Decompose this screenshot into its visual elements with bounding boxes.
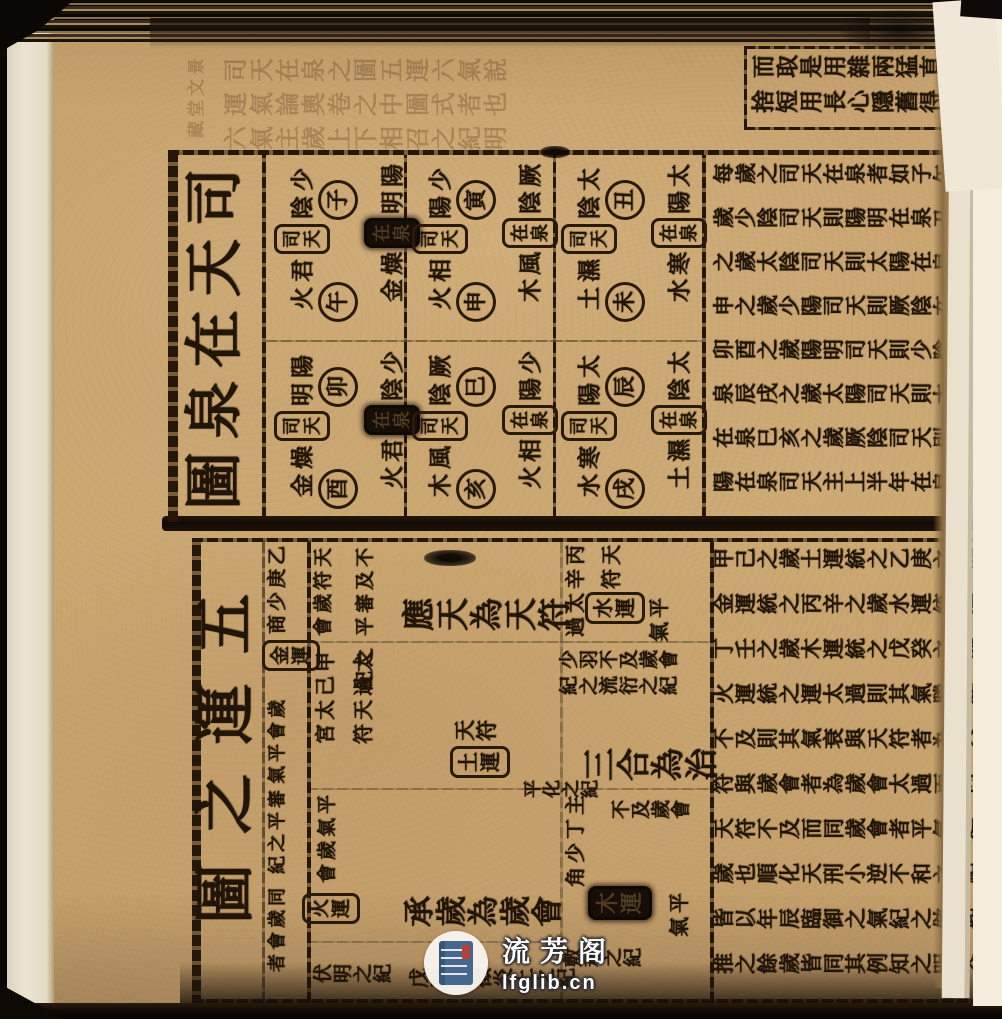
glyph: 陽 bbox=[519, 378, 542, 401]
glyph: 運 bbox=[407, 58, 431, 82]
glyph: 論 bbox=[277, 92, 301, 116]
glyph: 火 bbox=[381, 466, 404, 489]
branch-circle: 酉 bbox=[318, 469, 358, 509]
glyph: 司 bbox=[802, 251, 823, 272]
glyph: 辛 bbox=[566, 569, 586, 589]
glyph: 天 bbox=[506, 598, 539, 631]
glyph: 天 bbox=[802, 863, 823, 884]
glyph: 君 bbox=[291, 259, 314, 282]
glyph: 天 bbox=[802, 163, 823, 184]
zai-quan-box: 在泉 bbox=[502, 218, 558, 248]
watermark[interactable]: 流芳阁 lfglib.cn bbox=[424, 930, 616, 995]
glyph: 司 bbox=[846, 339, 867, 360]
glyph: 符 bbox=[602, 569, 622, 589]
cell-pingqi-3: 平氣 bbox=[670, 893, 690, 937]
glyph: 不 bbox=[600, 650, 619, 669]
glyph: 會 bbox=[868, 773, 889, 794]
glyph: 寅 bbox=[465, 189, 487, 211]
glyph: 歲 bbox=[736, 163, 757, 184]
glyph: 五 bbox=[196, 594, 256, 654]
glyph: 水 bbox=[578, 474, 601, 497]
glyph: 在 bbox=[736, 471, 757, 492]
glyph: 心 bbox=[848, 90, 871, 113]
glyph: 則 bbox=[890, 339, 911, 360]
glyph: 歲 bbox=[802, 383, 823, 404]
glyph: 會 bbox=[318, 864, 337, 883]
glyph: 金 bbox=[381, 279, 404, 302]
branch-circle: 寅 bbox=[456, 180, 496, 220]
glyph: 歲 bbox=[268, 910, 286, 928]
glyph: 子 bbox=[327, 189, 349, 211]
glyph: 天 bbox=[438, 598, 471, 631]
glyph: 在 bbox=[511, 224, 529, 242]
glyph: 兩 bbox=[872, 55, 895, 78]
glyph: 之 bbox=[196, 774, 256, 834]
glyph: 水 bbox=[668, 279, 691, 302]
glyph: 在 bbox=[277, 58, 301, 82]
glyph: 厥 bbox=[429, 355, 452, 378]
glyph: 紀 bbox=[560, 676, 579, 695]
glyph: 過 bbox=[566, 617, 586, 637]
glyph: 太 bbox=[758, 251, 779, 272]
glyph: 圖 bbox=[407, 92, 431, 116]
glyph: 火 bbox=[291, 287, 314, 310]
glyph: 金 bbox=[271, 646, 290, 665]
glyph: 符 bbox=[736, 818, 757, 839]
glyph: 太 bbox=[566, 593, 586, 613]
grid-line bbox=[307, 788, 710, 790]
glyph: 歲 bbox=[824, 427, 845, 448]
glyph: 相 bbox=[429, 259, 452, 282]
glyph: 司 bbox=[421, 417, 439, 435]
left-black-edge bbox=[0, 0, 7, 1019]
glyph: 丙 bbox=[802, 593, 823, 614]
glyph: 也 bbox=[485, 92, 509, 116]
glyph: 歲 bbox=[714, 863, 735, 884]
grid-line bbox=[307, 540, 311, 1003]
glyph: 不 bbox=[890, 863, 911, 884]
glyph: 燥 bbox=[291, 446, 314, 469]
glyph: 在 bbox=[373, 411, 391, 429]
glyph: 陽 bbox=[714, 471, 735, 492]
glyph: 合 bbox=[619, 748, 652, 781]
glyph: 天 bbox=[868, 728, 889, 749]
branch-circles: 辰戌 bbox=[605, 367, 645, 509]
glyph: 相 bbox=[381, 126, 405, 150]
glyph: 之 bbox=[329, 58, 353, 82]
glyph: 每 bbox=[714, 163, 735, 184]
glyph: 相 bbox=[519, 439, 542, 462]
glyph: 氣 bbox=[670, 917, 690, 937]
cell-liuyan: 紀之流衍之紀 bbox=[560, 676, 679, 695]
glyph: 明 bbox=[824, 339, 845, 360]
glyph: 氣 bbox=[268, 766, 286, 784]
glyph: 堂 bbox=[188, 100, 205, 117]
glyph: 丁 bbox=[714, 638, 735, 659]
glyph: 未 bbox=[614, 291, 636, 313]
glyph: 少 bbox=[429, 168, 452, 191]
glyph: 陽 bbox=[381, 164, 404, 187]
glyph: 司 bbox=[283, 417, 301, 435]
cell-shaoyu: 少羽不及歲會 bbox=[560, 650, 679, 669]
mu-yun-box: 木運 bbox=[588, 886, 652, 920]
jin-yun-box: 金運 bbox=[262, 640, 320, 671]
glyph: 御 bbox=[824, 908, 845, 929]
glyph: 審 bbox=[356, 594, 375, 613]
side-text-4: 同歲會者 bbox=[268, 888, 286, 972]
zai-quan-box: 在泉 bbox=[651, 405, 707, 435]
glyph: 泉 bbox=[846, 163, 867, 184]
glyph: 庚 bbox=[268, 569, 287, 588]
bleed-through-column: 景文堂藏 bbox=[188, 58, 205, 138]
glyph: 天 bbox=[802, 207, 823, 228]
glyph: 少 bbox=[291, 168, 314, 191]
glyph: 明 bbox=[485, 126, 509, 150]
aphorism-2: 承歲為歲會 bbox=[404, 896, 563, 927]
cell-buji-2: 不及歲會 bbox=[612, 800, 691, 819]
glyph: 之 bbox=[758, 163, 779, 184]
branch-circles: 卯酉 bbox=[318, 367, 358, 509]
glyph: 陰 bbox=[912, 295, 933, 316]
glyph: 平 bbox=[318, 795, 337, 814]
glyph: 在 bbox=[824, 163, 845, 184]
glyph: 及 bbox=[780, 818, 801, 839]
glyph: 少 bbox=[780, 295, 801, 316]
glyph: 之 bbox=[868, 638, 889, 659]
glyph: 少 bbox=[912, 339, 933, 360]
glyph: 少 bbox=[736, 207, 757, 228]
glyph: 之 bbox=[714, 251, 735, 272]
glyph: 中 bbox=[381, 92, 405, 116]
glyph: 不 bbox=[714, 728, 735, 749]
glyph: 之 bbox=[355, 92, 379, 116]
glyph: 者 bbox=[802, 773, 823, 794]
glyph: 戊 bbox=[890, 638, 911, 659]
glyph: 為 bbox=[653, 748, 686, 781]
glyph: 紀 bbox=[660, 676, 679, 695]
bleed-through-row: 運氣論奧卷之中圖式者也 bbox=[225, 92, 509, 116]
glyph: 少 bbox=[560, 650, 579, 669]
shui-yun-box: 水運 bbox=[585, 592, 645, 624]
glyph: 丁 bbox=[566, 819, 586, 839]
branch-circles: 巳亥 bbox=[456, 367, 496, 509]
glyph: 在 bbox=[660, 411, 678, 429]
glyph: 司 bbox=[570, 230, 588, 248]
ink-blob bbox=[424, 550, 476, 566]
glyph: 三 bbox=[585, 748, 618, 781]
glyph: 歲 bbox=[846, 773, 867, 794]
glyph: 之 bbox=[580, 676, 599, 695]
glyph: 之 bbox=[640, 676, 659, 695]
glyph: 運 bbox=[802, 683, 823, 704]
glyph: 主 bbox=[824, 471, 845, 492]
glyph: 泉 bbox=[912, 207, 933, 228]
left-page-edge bbox=[4, 6, 54, 1016]
glyph: 庚 bbox=[912, 548, 933, 569]
glyph: 泉 bbox=[531, 411, 549, 429]
side-text-3: 審平之紀 bbox=[268, 790, 286, 874]
glyph: 用 bbox=[800, 90, 823, 113]
glyph: 氣 bbox=[650, 622, 670, 642]
branch-circle: 巳 bbox=[456, 367, 496, 407]
glyph: 藏 bbox=[188, 121, 205, 138]
top-shadow-band bbox=[150, 18, 870, 48]
glyph: 氣 bbox=[251, 92, 275, 116]
cell-jiaji: 甲己太宮 bbox=[316, 652, 336, 744]
glyph: 也 bbox=[736, 863, 757, 884]
glyph: 承 bbox=[404, 896, 435, 927]
glyph: 不 bbox=[356, 548, 375, 567]
glyph: 司 bbox=[780, 471, 801, 492]
glyph: 平 bbox=[650, 598, 670, 618]
glyph: 猛 bbox=[896, 55, 919, 78]
glyph: 陽 bbox=[802, 295, 823, 316]
cell-bujis: 不及審平 bbox=[356, 548, 375, 636]
glyph: 運 bbox=[736, 683, 757, 704]
glyph: 主 bbox=[277, 126, 301, 150]
glyph: 平 bbox=[268, 744, 286, 762]
glyph: 歲 bbox=[640, 650, 659, 669]
tu-yun-box: 土運 bbox=[450, 746, 510, 778]
glyph: 天 bbox=[802, 471, 823, 492]
glyph: 長 bbox=[824, 90, 847, 113]
glyph: 衰 bbox=[824, 728, 845, 749]
glyph: 而 bbox=[802, 818, 823, 839]
glyph: 及 bbox=[736, 728, 757, 749]
cell-tianfu: 天符歲會 bbox=[314, 548, 333, 636]
glyph: 司 bbox=[186, 168, 244, 226]
glyph: 天 bbox=[868, 339, 889, 360]
glyph: 平 bbox=[356, 617, 375, 636]
glyph: 泉 bbox=[714, 383, 735, 404]
glyph: 及 bbox=[356, 571, 375, 590]
glyph: 司 bbox=[824, 295, 845, 316]
glyph: 天 bbox=[354, 700, 374, 720]
glyph: 之 bbox=[433, 126, 457, 150]
glyph: 亥 bbox=[780, 427, 801, 448]
glyph: 會 bbox=[532, 896, 563, 927]
glyph: 厥 bbox=[846, 427, 867, 448]
glyph: 戌 bbox=[614, 478, 636, 500]
glyph: 寒 bbox=[668, 252, 691, 275]
glyph: 天 bbox=[824, 251, 845, 272]
glyph: 化 bbox=[780, 863, 801, 884]
glyph: 紀 bbox=[890, 908, 911, 929]
glyph: 短 bbox=[776, 90, 799, 113]
zai-quan-box: 在泉 bbox=[502, 405, 558, 435]
grid-line bbox=[262, 540, 265, 1003]
glyph: 文 bbox=[188, 79, 205, 96]
glyph: 午 bbox=[327, 291, 349, 313]
glyph: 少 bbox=[519, 351, 542, 374]
side-text-1: 乙庚少商 bbox=[268, 546, 287, 634]
glyph: 則 bbox=[868, 295, 889, 316]
glyph: 則 bbox=[912, 383, 933, 404]
glyph: 癸 bbox=[912, 638, 933, 659]
glyph: 說 bbox=[485, 58, 509, 82]
glyph: 之 bbox=[758, 548, 779, 569]
glyph: 會 bbox=[268, 722, 286, 740]
glyph: 司 bbox=[570, 417, 588, 435]
glyph: 歲 bbox=[780, 638, 801, 659]
glyph: 天 bbox=[251, 58, 275, 82]
glyph: 在 bbox=[511, 411, 529, 429]
glyph: 歲 bbox=[314, 594, 333, 613]
glyph: 符 bbox=[477, 720, 498, 741]
ink-blob bbox=[540, 146, 570, 158]
glyph: 同 bbox=[268, 888, 286, 906]
book-label-tag bbox=[462, 945, 470, 959]
glyph: 歲 bbox=[268, 700, 286, 718]
glyph: 及 bbox=[620, 650, 639, 669]
glyph: 捨 bbox=[752, 90, 775, 113]
glyph: 在 bbox=[890, 207, 911, 228]
glyph: 少 bbox=[566, 843, 586, 863]
page1-title: 司天在泉圖 bbox=[186, 168, 244, 510]
glyph: 和 bbox=[912, 863, 933, 884]
glyph: 歲 bbox=[780, 548, 801, 569]
glyph: 運 bbox=[824, 548, 845, 569]
glyph: 司 bbox=[868, 383, 889, 404]
glyph: 在 bbox=[186, 310, 244, 368]
glyph: 平 bbox=[670, 893, 690, 913]
glyph: 土 bbox=[802, 548, 823, 569]
glyph: 司 bbox=[421, 230, 439, 248]
glyph: 歲 bbox=[758, 295, 779, 316]
glyph: 取 bbox=[776, 55, 799, 78]
glyph: 歲 bbox=[736, 251, 757, 272]
glyph: 木 bbox=[519, 279, 542, 302]
glyph: 卯 bbox=[327, 376, 349, 398]
glyph: 太 bbox=[668, 351, 691, 374]
glyph: 之 bbox=[268, 834, 286, 852]
glyph: 氣 bbox=[912, 683, 933, 704]
glyph: 氣 bbox=[459, 58, 483, 82]
glyph: 天 bbox=[314, 548, 333, 567]
glyph: 六 bbox=[225, 126, 249, 150]
branch-circles: 子午 bbox=[318, 180, 358, 322]
glyph: 陰 bbox=[291, 196, 314, 219]
glyph: 天 bbox=[890, 383, 911, 404]
glyph: 奧 bbox=[303, 92, 327, 116]
glyph: 以 bbox=[736, 908, 757, 929]
glyph: 泉 bbox=[393, 411, 411, 429]
cell-tianfu-3: 天符 bbox=[455, 720, 498, 741]
glyph: 歲 bbox=[436, 896, 467, 927]
glyph: 申 bbox=[714, 295, 735, 316]
top-right-dark-notch bbox=[960, 0, 1002, 20]
glyph: 則 bbox=[868, 683, 889, 704]
glyph: 明 bbox=[868, 207, 889, 228]
branch-circles: 丑未 bbox=[605, 180, 645, 322]
tu-yun-box: 土運 bbox=[450, 746, 510, 778]
cell-pingqi-4: 平氣歲會 bbox=[318, 795, 337, 883]
glyph: 火 bbox=[311, 899, 330, 918]
glyph: 流 bbox=[600, 676, 619, 695]
glyph: 圖 bbox=[355, 58, 379, 82]
glyph: 年 bbox=[890, 471, 911, 492]
glyph: 紀 bbox=[459, 126, 483, 150]
glyph: 木 bbox=[429, 474, 452, 497]
mu-yun-box: 木運 bbox=[588, 886, 652, 920]
glyph: 寒 bbox=[578, 446, 601, 469]
glyph: 天 bbox=[602, 545, 622, 565]
glyph: 主 bbox=[566, 795, 586, 815]
glyph: 陰 bbox=[758, 207, 779, 228]
glyph: 為 bbox=[824, 773, 845, 794]
glyph: 巳 bbox=[465, 376, 487, 398]
glyph: 之 bbox=[868, 548, 889, 569]
glyph: 如 bbox=[890, 163, 911, 184]
glyph: 辰 bbox=[780, 908, 801, 929]
glyph: 在 bbox=[373, 224, 391, 242]
glyph: 平 bbox=[524, 780, 542, 798]
branch-circles: 寅申 bbox=[456, 180, 496, 322]
glyph: 甲 bbox=[316, 652, 336, 672]
glyph: 水 bbox=[890, 593, 911, 614]
glyph: 平 bbox=[912, 818, 933, 839]
glyph: 陰 bbox=[381, 378, 404, 401]
glyph: 泉 bbox=[303, 58, 327, 82]
glyph: 則 bbox=[758, 728, 779, 749]
glyph: 景 bbox=[188, 58, 205, 75]
glyph: 卷 bbox=[329, 92, 353, 116]
glyph: 運 bbox=[824, 638, 845, 659]
side-text-2: 歲會平氣 bbox=[268, 700, 286, 784]
zai-quan-box: 在泉 bbox=[651, 218, 707, 248]
glyph: 衍 bbox=[620, 676, 639, 695]
glyph: 土 bbox=[668, 466, 691, 489]
glyph: 及 bbox=[632, 800, 651, 819]
glyph: 商 bbox=[268, 615, 287, 634]
grid-line bbox=[744, 46, 747, 130]
branch-circle: 戌 bbox=[605, 469, 645, 509]
glyph: 統 bbox=[846, 548, 867, 569]
glyph: 太 bbox=[824, 383, 845, 404]
cell-tianfu-2: 天符 bbox=[602, 545, 622, 589]
glyph: 金 bbox=[291, 474, 314, 497]
glyph: 上 bbox=[846, 471, 867, 492]
glyph: 在 bbox=[912, 471, 933, 492]
branch-circle: 丑 bbox=[605, 180, 645, 220]
grid-line bbox=[168, 150, 1002, 155]
glyph: 酉 bbox=[736, 339, 757, 360]
glyph: 天 bbox=[714, 818, 735, 839]
glyph: 陽 bbox=[802, 339, 823, 360]
glyph: 紀 bbox=[268, 856, 286, 874]
glyph: 亥 bbox=[465, 478, 487, 500]
glyph: 甲 bbox=[714, 548, 735, 569]
bleed-through-row: 六氣主歲上下相召之紀明 bbox=[225, 126, 509, 150]
glyph: 辰 bbox=[736, 383, 757, 404]
watermark-site-name: 流芳阁 bbox=[502, 930, 616, 970]
bottom-dark-edge bbox=[0, 1003, 1002, 1019]
glyph: 氣 bbox=[802, 728, 823, 749]
glyph: 是 bbox=[800, 55, 823, 78]
watermark-site-url: lfglib.cn bbox=[502, 972, 616, 995]
glyph: 會 bbox=[672, 800, 691, 819]
glyph: 運 bbox=[912, 593, 933, 614]
glyph: 化 bbox=[543, 780, 561, 798]
glyph: 則 bbox=[824, 207, 845, 228]
glyph: 太 bbox=[890, 773, 911, 794]
glyph: 歲 bbox=[652, 800, 671, 819]
glyph: 陰 bbox=[519, 191, 542, 214]
glyph: 明 bbox=[291, 383, 314, 406]
glyph: 在 bbox=[912, 251, 933, 272]
glyph: 之 bbox=[802, 427, 823, 448]
glyph: 會 bbox=[868, 818, 889, 839]
